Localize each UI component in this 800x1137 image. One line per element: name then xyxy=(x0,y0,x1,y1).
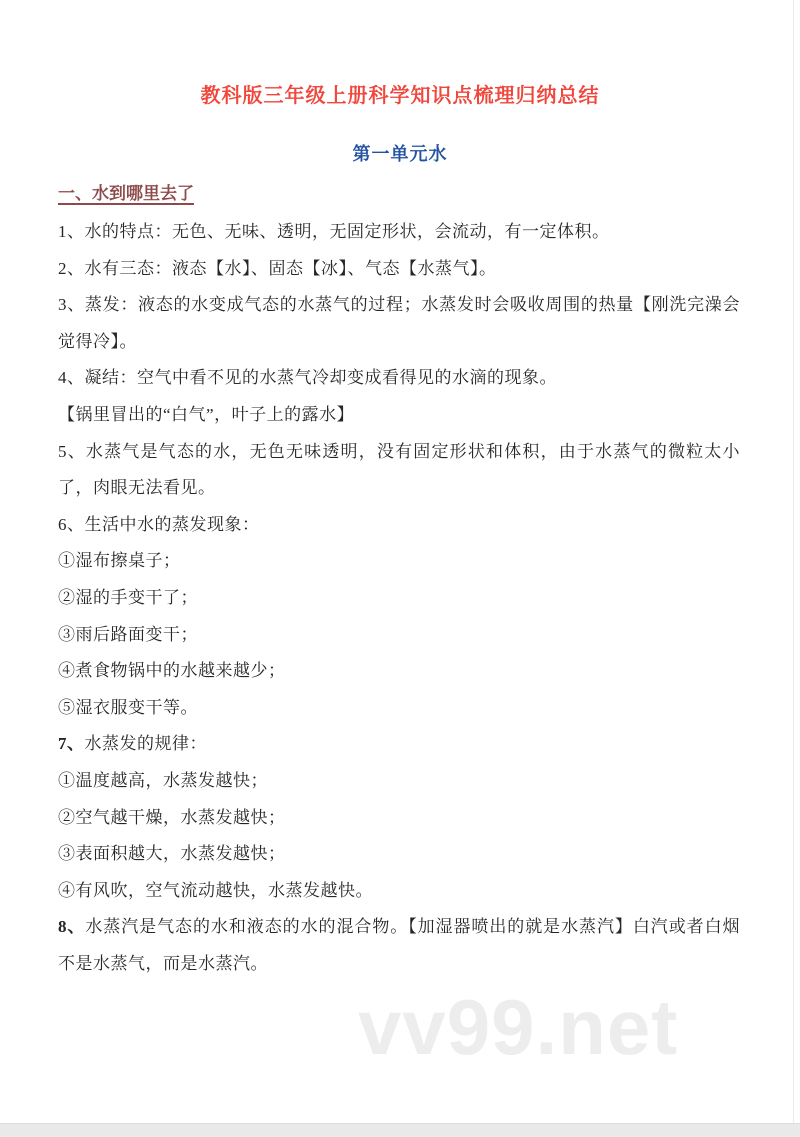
paragraph-text: 水的特点：无色、无味、透明，无固定形状，会流动，有一定体积。 xyxy=(85,222,610,241)
paragraph-text: ③雨后路面变干； xyxy=(58,625,198,644)
paragraph-text: 水有三态：液态【水】、固态【冰】、气态【水蒸气】。 xyxy=(85,259,497,278)
document-title: 教科版三年级上册科学知识点梳理归纳总结 xyxy=(0,0,800,108)
paragraph-text: ③表面积越大，水蒸发越快； xyxy=(58,844,286,863)
paragraph-5: 5、水蒸气是气态的水，无色无味透明，没有固定形状和体积，由于水蒸气的微粒太小了，… xyxy=(58,434,740,507)
paragraph-text: ④有风吹，空气流动越快，水蒸发越快。 xyxy=(58,881,373,900)
paragraph-text: ①湿布擦桌子； xyxy=(58,551,181,570)
paragraph-number: 4、 xyxy=(58,368,85,387)
paragraph-number: 5、 xyxy=(58,442,86,461)
paragraph-number: 7、 xyxy=(58,734,85,753)
document-page: 教科版三年级上册科学知识点梳理归纳总结 第一单元水 一、水到哪里去了 1、水的特… xyxy=(0,0,800,1137)
paragraph-number: 8、 xyxy=(58,917,85,936)
list-item-1: ①湿布擦桌子； xyxy=(58,543,740,580)
paragraph-number: 2、 xyxy=(58,259,85,278)
paragraph-text: ①温度越高，水蒸发越快； xyxy=(58,771,268,790)
section-heading: 一、水到哪里去了 xyxy=(58,182,738,206)
list-item-3: ③雨后路面变干； xyxy=(58,617,740,654)
paragraph-text: 水蒸气是气态的水，无色无味透明，没有固定形状和体积，由于水蒸气的微粒太小了，肉眼… xyxy=(58,442,740,498)
paragraph-text: 水蒸汽是气态的水和液态的水的混合物。【加湿器喷出的就是水蒸汽】白汽或者白烟不是水… xyxy=(58,917,740,973)
rule-item-1: ①温度越高，水蒸发越快； xyxy=(58,763,740,800)
rule-item-2: ②空气越干燥，水蒸发越快； xyxy=(58,800,740,837)
paragraph-text: 生活中水的蒸发现象： xyxy=(85,515,260,534)
paragraph-text: ②空气越干燥，水蒸发越快； xyxy=(58,808,286,827)
paragraph-text: ②湿的手变干了； xyxy=(58,588,198,607)
paragraph-3: 3、蒸发：液态的水变成气态的水蒸气的过程；水蒸发时会吸收周围的热量【刚洗完澡会觉… xyxy=(58,287,740,360)
rule-item-3: ③表面积越大，水蒸发越快； xyxy=(58,836,740,873)
paragraph-text: ⑤湿衣服变干等。 xyxy=(58,698,198,717)
paragraph-8: 8、水蒸汽是气态的水和液态的水的混合物。【加湿器喷出的就是水蒸汽】白汽或者白烟不… xyxy=(58,909,740,982)
paragraph-text: 凝结：空气中看不见的水蒸气冷却变成看得见的水滴的现象。 xyxy=(85,368,558,387)
paragraph-text: 【锅里冒出的“白气”，叶子上的露水】 xyxy=(58,405,354,424)
watermark: vv99.net xyxy=(358,988,678,1066)
paragraph-number: 3、 xyxy=(58,295,85,314)
section-heading-text: 一、水到哪里去了 xyxy=(58,184,194,203)
paragraph-4: 4、凝结：空气中看不见的水蒸气冷却变成看得见的水滴的现象。 xyxy=(58,360,740,397)
paragraph-text: 水蒸发的规律： xyxy=(85,734,208,753)
document-body: 1、水的特点：无色、无味、透明，无固定形状，会流动，有一定体积。 2、水有三态：… xyxy=(58,214,740,982)
page-right-edge-line xyxy=(793,0,794,1124)
paragraph-text: 蒸发：液态的水变成气态的水蒸气的过程；水蒸发时会吸收周围的热量【刚洗完澡会觉得冷… xyxy=(58,295,740,351)
paragraph-4-note: 【锅里冒出的“白气”，叶子上的露水】 xyxy=(58,397,740,434)
page-bottom-edge xyxy=(0,1123,800,1137)
paragraph-text: ④煮食物锅中的水越来越少； xyxy=(58,661,286,680)
list-item-5: ⑤湿衣服变干等。 xyxy=(58,690,740,727)
paragraph-7: 7、水蒸发的规律： xyxy=(58,726,740,763)
paragraph-6: 6、生活中水的蒸发现象： xyxy=(58,507,740,544)
list-item-2: ②湿的手变干了； xyxy=(58,580,740,617)
paragraph-number: 6、 xyxy=(58,515,85,534)
paragraph-1: 1、水的特点：无色、无味、透明，无固定形状，会流动，有一定体积。 xyxy=(58,214,740,251)
rule-item-4: ④有风吹，空气流动越快，水蒸发越快。 xyxy=(58,873,740,910)
paragraph-number: 1、 xyxy=(58,222,85,241)
unit-heading: 第一单元水 xyxy=(0,142,800,166)
paragraph-2: 2、水有三态：液态【水】、固态【冰】、气态【水蒸气】。 xyxy=(58,251,740,288)
list-item-4: ④煮食物锅中的水越来越少； xyxy=(58,653,740,690)
